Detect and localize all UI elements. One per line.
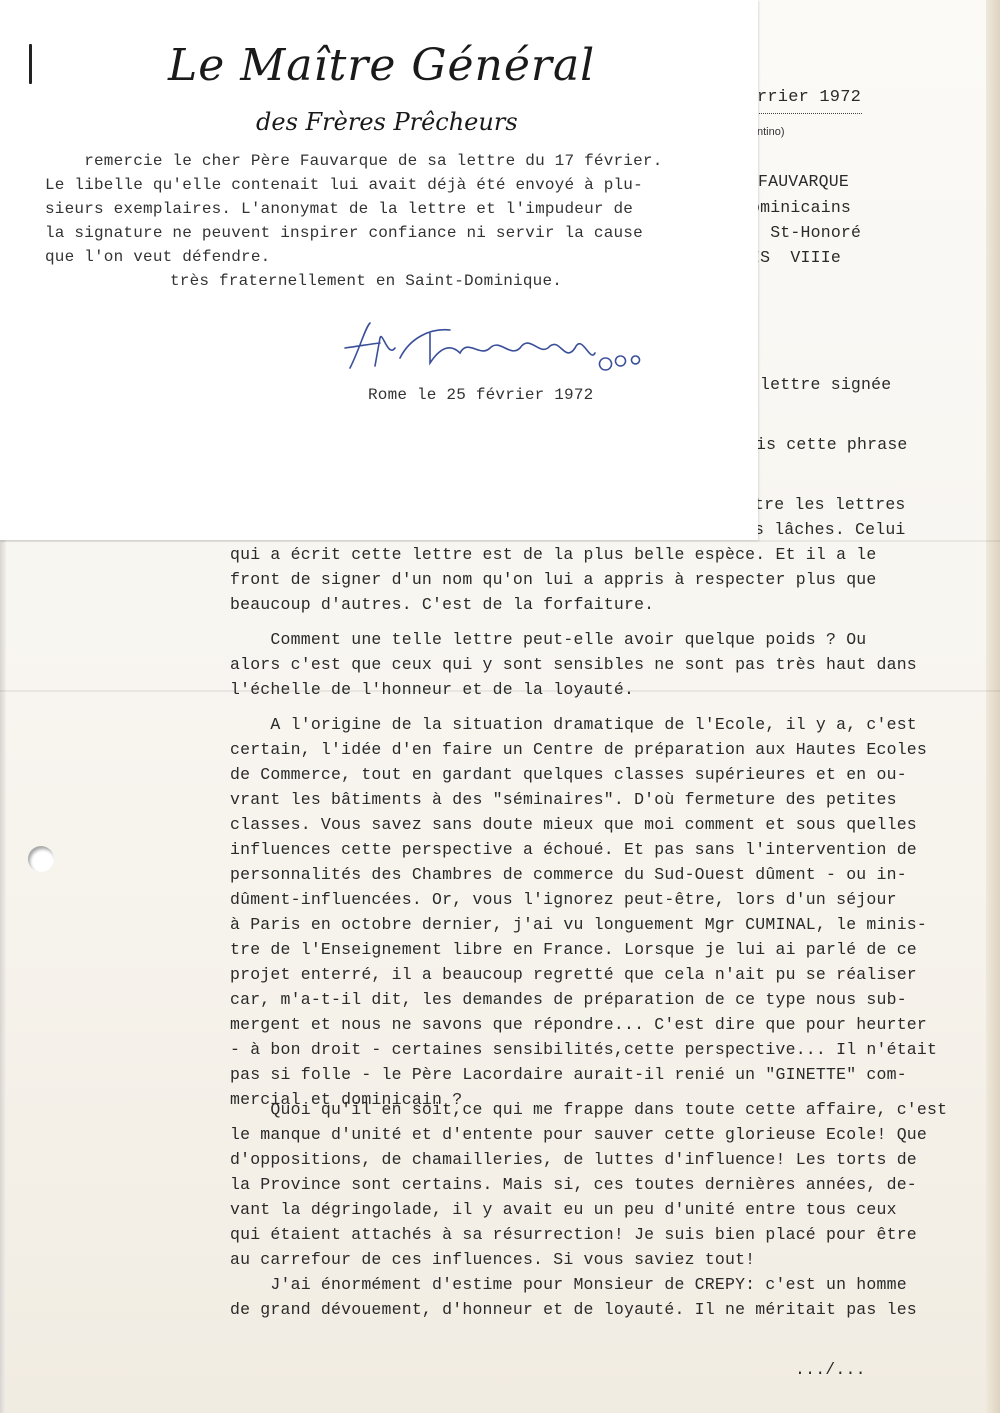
address-line: ; St-Honoré: [750, 223, 861, 242]
text-line: - à bon droit - certaines sensibilités,c…: [230, 1040, 937, 1059]
card-body-line: la signature ne peuvent inspirer confian…: [45, 224, 643, 242]
binder-mark: [29, 44, 32, 84]
partial-line: s lâches. Celui: [754, 520, 906, 539]
signature-icon: [340, 318, 680, 378]
text-line: car, m'a-t-il dit, les demandes de prépa…: [230, 990, 907, 1009]
address-line: ominicains: [750, 198, 851, 217]
page-right-edge: [986, 0, 1000, 1413]
fold-line: [0, 540, 1000, 542]
text-line: front de signer d'un nom qu'on lui a app…: [230, 570, 877, 589]
punch-hole: [28, 846, 54, 872]
address-line: FAUVARQUE: [758, 172, 849, 191]
text-line: tre de l'Enseignement libre en France. L…: [230, 940, 917, 959]
card-place-date: Rome le 25 février 1972: [368, 386, 593, 404]
text-line: J'ai énormément d'estime pour Monsieur d…: [230, 1275, 907, 1294]
text-line: classes. Vous savez sans doute mieux que…: [230, 815, 917, 834]
text-line: l'échelle de l'honneur et de la loyauté.: [230, 680, 634, 699]
text-line: pas si folle - le Père Lacordaire aurait…: [230, 1065, 907, 1084]
text-line: au carrefour de ces influences. Si vous …: [230, 1250, 755, 1269]
address-line: IS VIIIe: [750, 248, 841, 267]
text-line: personnalités des Chambres de commerce d…: [230, 865, 907, 884]
partial-line: tre les lettres: [754, 495, 906, 514]
text-line: de grand dévouement, d'honneur et de loy…: [230, 1300, 917, 1319]
text-line: la Province sont certains. Mais si, ces …: [230, 1175, 917, 1194]
partial-line: is cette phrase: [756, 435, 908, 454]
text-line: projet enterré, il a beaucoup regretté q…: [230, 965, 917, 984]
letter-place: ntino): [757, 126, 785, 138]
text-line: mergent et nous ne savons que répondre..…: [230, 1015, 927, 1034]
card-subtitle: des Frères Prêcheurs: [256, 108, 518, 136]
text-line: beaucoup d'autres. C'est de la forfaitur…: [230, 595, 654, 614]
text-line: qui a écrit cette lettre est de la plus …: [230, 545, 877, 564]
text-line: dûment-influencées. Or, vous l'ignorez p…: [230, 890, 897, 909]
text-line: vant la dégringolade, il y avait eu un p…: [230, 1200, 897, 1219]
card-closing: très fraternellement en Saint-Dominique.: [170, 272, 562, 290]
text-line: le manque d'unité et d'entente pour sauv…: [230, 1125, 927, 1144]
text-line: alors c'est que ceux qui y sont sensible…: [230, 655, 917, 674]
text-line: de Commerce, tout en gardant quelques cl…: [230, 765, 907, 784]
text-line: à Paris en octobre dernier, j'ai vu long…: [230, 915, 927, 934]
continuation-marker: .../...: [795, 1360, 866, 1379]
handwritten-signature: [340, 318, 680, 383]
letter-date: rrier 1972: [757, 88, 861, 107]
compliment-card: Le Maître Général des Frères Prêcheurs r…: [0, 0, 758, 540]
text-line: Quoi qu'il en soit,ce qui me frappe dans…: [230, 1100, 947, 1119]
text-line: influences cette perspective a échoué. E…: [230, 840, 917, 859]
text-line: A l'origine de la situation dramatique d…: [230, 715, 917, 734]
text-line: vrant les bâtiments à des "séminaires". …: [230, 790, 897, 809]
card-body-line: sieurs exemplaires. L'anonymat de la let…: [45, 200, 633, 218]
card-body-line: que l'on veut défendre.: [45, 248, 270, 266]
partial-line: lettre signée: [760, 375, 891, 394]
text-line: d'oppositions, de chamailleries, de lutt…: [230, 1150, 917, 1169]
card-body-line: remercie le cher Père Fauvarque de sa le…: [45, 152, 663, 170]
text-line: Comment une telle lettre peut-elle avoir…: [230, 630, 866, 649]
text-line: qui étaient attachés à sa résurrection! …: [230, 1225, 917, 1244]
card-title: Le Maître Général: [168, 40, 595, 91]
text-line: certain, l'idée d'en faire un Centre de …: [230, 740, 927, 759]
card-body-line: Le libelle qu'elle contenait lui avait d…: [45, 176, 643, 194]
